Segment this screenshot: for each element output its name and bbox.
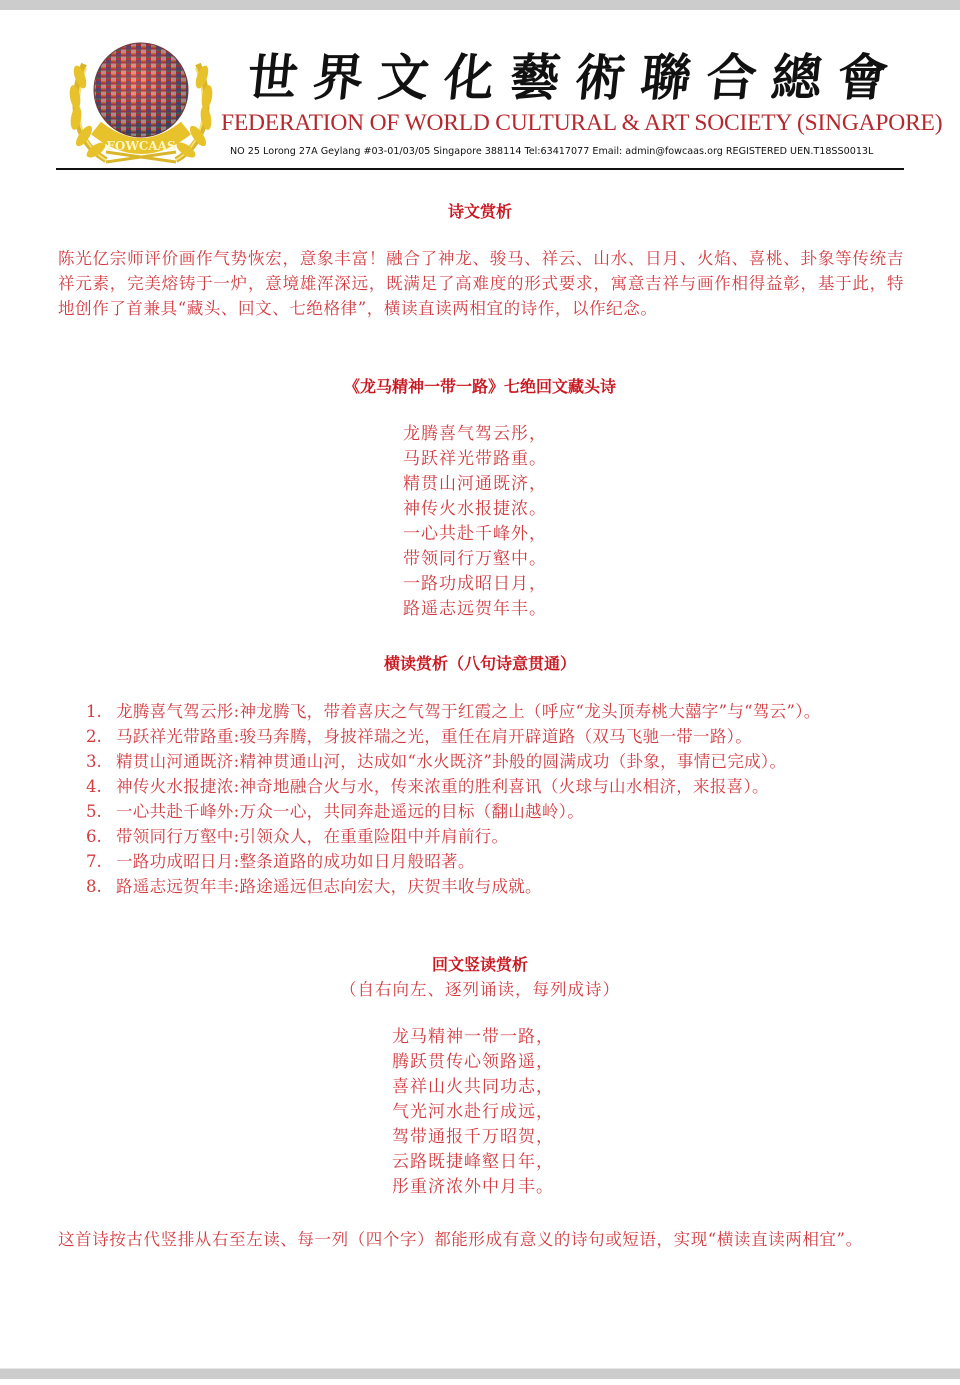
cn-char: 聯 [637, 38, 695, 110]
vertical-reading-title: 回文竖读赏析 [0, 952, 960, 975]
cn-char: 藝 [506, 38, 564, 110]
list-text: 带领同行万壑中:引领众人，在重重险阻中并肩前行。 [116, 824, 904, 849]
poem-line: 一路功成昭日月， [403, 572, 603, 597]
poem-line: 神传火水报捷浓。 [403, 497, 603, 522]
list-text: 一路功成昭日月:整条道路的成功如日月般昭著。 [116, 849, 904, 874]
list-text: 路遥志远贺年丰:路途遥远但志向宏大，庆贺丰收与成就。 [116, 874, 904, 899]
list-item: 6.带领同行万壑中:引领众人，在重重险阻中并肩前行。 [80, 824, 904, 849]
poem-line: 马跃祥光带路重。 [403, 447, 603, 472]
list-number: 5. [80, 799, 116, 824]
poem-title: 《龙马精神一带一路》七绝回文藏头诗 [0, 374, 960, 397]
vertical-line: 驾带通报千万昭贺， [392, 1125, 612, 1150]
list-text: 龙腾喜气驾云彤:神龙腾飞，带着喜庆之气驾于红霞之上（呼应“龙头顶寿桃大囍字”与“… [116, 699, 904, 724]
list-text: 马跃祥光带路重:骏马奔腾，身披祥瑞之光，重任在肩开辟道路（双马飞驰一带一路）。 [116, 724, 904, 749]
list-item: 7.一路功成昭日月:整条道路的成功如日月般昭著。 [80, 849, 904, 874]
cn-char: 會 [834, 38, 892, 110]
vertical-reading-subtitle: （自右向左、逐列诵读，每列成诗） [0, 976, 960, 1000]
list-number: 3. [80, 749, 116, 774]
list-item: 4.神传火水报捷浓:神奇地融合火与水，传来浓重的胜利喜讯（火球与山水相济，来报喜… [80, 774, 904, 799]
horizontal-reading-title: 横读赏析（八句诗意贯通） [0, 651, 960, 674]
list-item: 8.路遥志远贺年丰:路途遥远但志向宏大，庆贺丰收与成就。 [80, 874, 904, 899]
list-number: 4. [80, 774, 116, 799]
vertical-line: 腾跃贯传心领路遥， [392, 1050, 612, 1075]
intro-paragraph: 陈光亿宗师评价画作气势恢宏，意象丰富！融合了神龙、骏马、祥云、山水、日月、火焰、… [58, 246, 904, 321]
top-page-border [0, 0, 960, 10]
globe-laurel-logo-icon: FOWCAAS [66, 32, 216, 168]
list-number: 7. [80, 849, 116, 874]
vertical-line: 气光河水赴行成远， [392, 1100, 612, 1125]
poem-line: 路遥志远贺年丰。 [403, 597, 603, 622]
cn-char: 總 [769, 38, 827, 110]
cn-char: 化 [441, 38, 499, 110]
header-divider [56, 168, 904, 170]
fowcaas-logo: FOWCAAS [66, 32, 216, 168]
section-title-appreciation: 诗文赏析 [0, 199, 960, 222]
list-text: 精贯山河通既济:精神贯通山河，达成如“水火既济”卦般的圆满成功（卦象，事情已完成… [116, 749, 904, 774]
organization-name-chinese: 世 界 文 化 藝 術 聯 合 總 會 [245, 42, 892, 106]
cn-char: 界 [310, 38, 368, 110]
vertical-line: 喜祥山火共同功志， [392, 1075, 612, 1100]
vertical-reading-lines: 龙马精神一带一路， 腾跃贯传心领路遥， 喜祥山火共同功志， 气光河水赴行成远， … [392, 1025, 612, 1200]
cn-char: 術 [572, 38, 630, 110]
list-item: 5.一心共赴千峰外:万众一心，共同奔赴遥远的目标（翻山越岭）。 [80, 799, 904, 824]
poem-line: 龙腾喜气驾云彤， [403, 422, 603, 447]
list-number: 6. [80, 824, 116, 849]
closing-paragraph: 这首诗按古代竖排从右至左读、每一列（四个字）都能形成有意义的诗句或短语，实现“横… [58, 1227, 904, 1252]
cn-char: 文 [375, 38, 433, 110]
poem-body: 龙腾喜气驾云彤， 马跃祥光带路重。 精贯山河通既济， 神传火水报捷浓。 一心共赴… [403, 422, 603, 622]
list-text: 神传火水报捷浓:神奇地融合火与水，传来浓重的胜利喜讯（火球与山水相济，来报喜）。 [116, 774, 904, 799]
list-item: 1.龙腾喜气驾云彤:神龙腾飞，带着喜庆之气驾于红霞之上（呼应“龙头顶寿桃大囍字”… [80, 699, 904, 724]
vertical-line: 彤重济浓外中月丰。 [392, 1175, 612, 1200]
organization-name-english: FEDERATION OF WORLD CULTURAL & ART SOCIE… [221, 110, 901, 137]
vertical-line: 云路既捷峰壑日年， [392, 1150, 612, 1175]
horizontal-reading-list: 1.龙腾喜气驾云彤:神龙腾飞，带着喜庆之气驾于红霞之上（呼应“龙头顶寿桃大囍字”… [80, 699, 904, 899]
list-number: 8. [80, 874, 116, 899]
cn-char: 合 [703, 38, 761, 110]
poem-line: 精贯山河通既济， [403, 472, 603, 497]
list-number: 1. [80, 699, 116, 724]
organization-address: NO 25 Lorong 27A Geylang #03-01/03/05 Si… [230, 146, 910, 157]
list-item: 2.马跃祥光带路重:骏马奔腾，身披祥瑞之光，重任在肩开辟道路（双马飞驰一带一路）… [80, 724, 904, 749]
poem-line: 带领同行万壑中。 [403, 547, 603, 572]
cn-char: 世 [244, 38, 302, 110]
list-text: 一心共赴千峰外:万众一心，共同奔赴遥远的目标（翻山越岭）。 [116, 799, 904, 824]
poem-line: 一心共赴千峰外， [403, 522, 603, 547]
logo-text: FOWCAAS [106, 139, 175, 153]
list-number: 2. [80, 724, 116, 749]
vertical-line: 龙马精神一带一路， [392, 1025, 612, 1050]
bottom-page-border [0, 1368, 960, 1379]
list-item: 3.精贯山河通既济:精神贯通山河，达成如“水火既济”卦般的圆满成功（卦象，事情已… [80, 749, 904, 774]
